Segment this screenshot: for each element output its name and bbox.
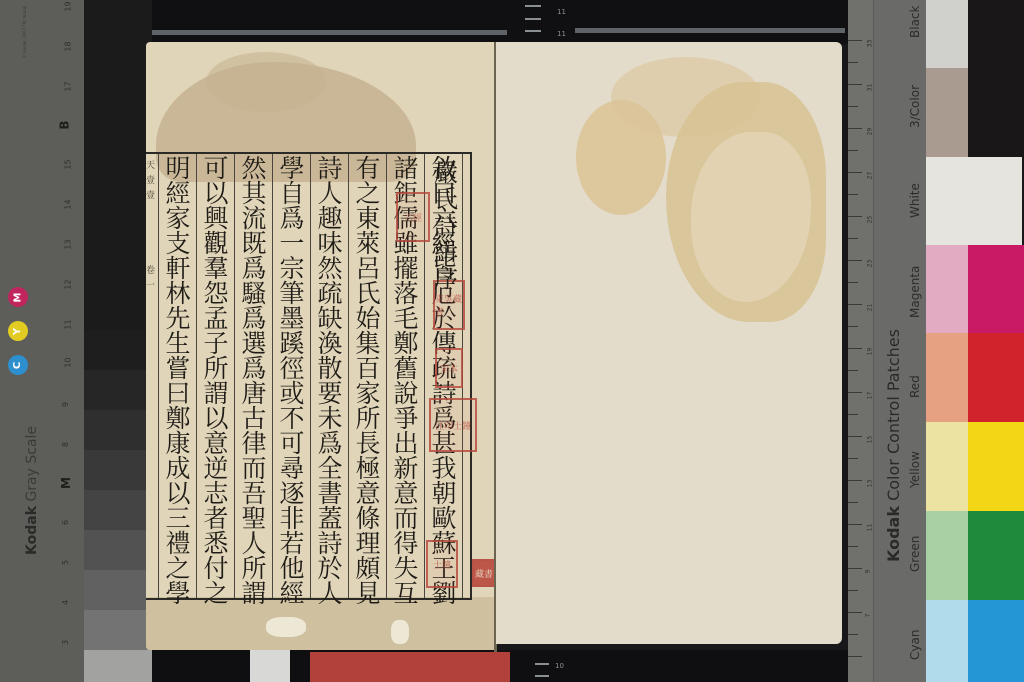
patch-black-dark bbox=[968, 0, 1024, 157]
gray-step bbox=[84, 530, 152, 570]
gray-step bbox=[84, 410, 152, 450]
cm-number: 15 bbox=[866, 436, 873, 444]
gray-title: Gray Scale bbox=[24, 426, 40, 502]
cm-number: 29 bbox=[866, 128, 873, 136]
cm-number: 27 bbox=[866, 172, 873, 180]
left-page: 天 壹 壹 卷 一 敘曰六經皆厄於傳疏詩爲甚我朝歐蘇王劉 諸鉅儒雖擺落毛鄭舊說爭… bbox=[146, 42, 496, 650]
patch-label-black: Black bbox=[908, 6, 922, 38]
patch-red-light bbox=[926, 333, 968, 422]
paper-tear bbox=[266, 617, 306, 637]
top-clamp-bar-right bbox=[575, 28, 845, 33]
ruler-number: 6 bbox=[61, 520, 70, 525]
patch-green-dark bbox=[968, 511, 1024, 600]
seal-stamp: 汪印士鐘 bbox=[429, 398, 477, 452]
patch-cyan-light bbox=[926, 600, 968, 682]
ruler-number: 12 bbox=[64, 279, 73, 289]
open-book: 天 壹 壹 卷 一 敘曰六經皆厄於傳疏詩爲甚我朝歐蘇王劉 諸鉅儒雖擺落毛鄭舊說爭… bbox=[146, 42, 846, 652]
patch-label-white: White bbox=[908, 183, 922, 218]
ruler-number: 8 bbox=[61, 442, 70, 447]
ruler-number: 19 bbox=[64, 1, 73, 11]
edge-marginalia: 天 壹 壹 卷 一 bbox=[146, 158, 158, 291]
gray-brand: Kodak bbox=[24, 506, 40, 555]
cm-number: 13 bbox=[866, 480, 873, 488]
ruler-number: 14 bbox=[64, 199, 73, 209]
magenta-dot-icon: M bbox=[8, 287, 28, 307]
ruler-number: 17 bbox=[64, 81, 73, 91]
yellow-dot-icon: Y bbox=[8, 321, 28, 341]
ruler-marker-b: B bbox=[58, 120, 72, 129]
gray-step bbox=[84, 650, 152, 682]
patch-yellow-light bbox=[926, 422, 968, 511]
bottom-ruler-number: 10 bbox=[555, 662, 564, 670]
patch-cyan-dark bbox=[968, 600, 1024, 682]
patch-red-dark bbox=[968, 333, 1024, 422]
seal-stamp: 六經 bbox=[396, 192, 430, 242]
color-card-title: Kodak Color Control Patches bbox=[884, 329, 903, 562]
cm-number: 19 bbox=[866, 348, 873, 356]
seal-stamp: 宋本 bbox=[435, 348, 463, 388]
text-column-6: 然其流既爲騷爲選爲唐古律而吾聖人所謂 bbox=[236, 156, 272, 596]
text-column-5: 學自爲一宗筆墨蹊徑或不可尋逐非若他經 bbox=[274, 156, 310, 596]
paper-tear bbox=[391, 620, 409, 644]
gray-step bbox=[84, 450, 152, 490]
patch-label-red: Red bbox=[908, 375, 922, 398]
cm-number: 25 bbox=[866, 216, 873, 224]
patch-label-yellow: Yellow bbox=[908, 451, 922, 488]
patch-magenta-dark bbox=[968, 245, 1024, 333]
cm-number: 23 bbox=[866, 260, 873, 268]
cm-number: 33 bbox=[866, 40, 873, 48]
gray-card-copyright: © Kodak, 2007 TM: Kodak bbox=[22, 6, 27, 58]
gray-scale-label: Kodak Gray Scale bbox=[24, 426, 40, 555]
color-card-brand: Kodak bbox=[884, 506, 903, 562]
ruler-number: 5 bbox=[61, 560, 70, 565]
water-stain bbox=[576, 100, 666, 215]
cm-number: 17 bbox=[866, 392, 873, 400]
seal-stamp-solid: 藏書 bbox=[472, 559, 496, 587]
ruler-number: 3 bbox=[61, 640, 70, 645]
text-column-7: 可以興觀羣怨孟子所謂以意逆志者悉付之 bbox=[198, 156, 234, 596]
gray-step bbox=[84, 610, 152, 650]
gray-step bbox=[84, 370, 152, 410]
patch-black-light bbox=[926, 0, 968, 68]
patch-yellow-dark bbox=[968, 422, 1024, 511]
top-ruler-number: 11 bbox=[557, 8, 566, 16]
patch-green-light bbox=[926, 511, 968, 600]
cm-number: 21 bbox=[866, 304, 873, 312]
text-column-8: 明經家支軒林先生嘗曰鄭康成以三禮之學 bbox=[160, 156, 196, 596]
right-page bbox=[496, 42, 842, 644]
gray-step bbox=[84, 490, 152, 530]
cyan-dot-icon: C bbox=[8, 355, 28, 375]
cm-number: 11 bbox=[866, 524, 873, 532]
gray-step bbox=[84, 330, 152, 370]
bottom-paper-edge bbox=[250, 650, 290, 682]
gray-scale-steps bbox=[84, 0, 152, 682]
kodak-gray-scale-card: © Kodak, 2007 TM: Kodak M Y C Kodak Gray… bbox=[0, 0, 84, 682]
patch-white bbox=[926, 157, 1022, 245]
text-column-3: 有之東萊呂氏始集百家所長極意條理頗見 bbox=[350, 156, 386, 596]
patch-label-magenta: Magenta bbox=[908, 266, 922, 318]
top-clamp-bar-left bbox=[152, 30, 507, 35]
preface-title: 嚴 氏 詩 緝 序 bbox=[428, 160, 464, 292]
cm-number: 31 bbox=[866, 84, 873, 92]
ruler-number: 18 bbox=[64, 41, 73, 51]
patch-label-3color: 3/Color bbox=[908, 85, 922, 128]
top-backdrop-strip bbox=[152, 0, 852, 44]
ruler-number: 9 bbox=[61, 402, 70, 407]
ruler-number: 15 bbox=[64, 159, 73, 169]
gray-step bbox=[84, 570, 152, 610]
cm-number: 7 bbox=[864, 614, 871, 618]
top-ruler-number: 11 bbox=[557, 30, 566, 38]
patch-label-cyan: Cyan bbox=[908, 630, 922, 660]
ruler-marker-m: M bbox=[59, 477, 73, 489]
color-card-title-text: Color Control Patches bbox=[884, 329, 903, 501]
color-card-ruler bbox=[848, 0, 874, 682]
ruler-number: 4 bbox=[61, 600, 70, 605]
patch-3color bbox=[926, 68, 968, 157]
patch-magenta-light bbox=[926, 245, 968, 333]
patch-label-green: Green bbox=[908, 536, 922, 572]
cm-number: 9 bbox=[864, 570, 871, 574]
ruler-number: 11 bbox=[64, 319, 73, 329]
top-ruler-ticks: 11 11 bbox=[525, 0, 575, 44]
bottom-red-cover bbox=[310, 652, 510, 682]
text-column-4: 詩人趣味然疏缺渙散要未爲全書蓋詩於人 bbox=[312, 156, 348, 596]
seal-stamp: 士鐘 bbox=[426, 540, 458, 588]
ruler-number: 13 bbox=[64, 239, 73, 249]
ruler-number: 10 bbox=[64, 357, 73, 367]
